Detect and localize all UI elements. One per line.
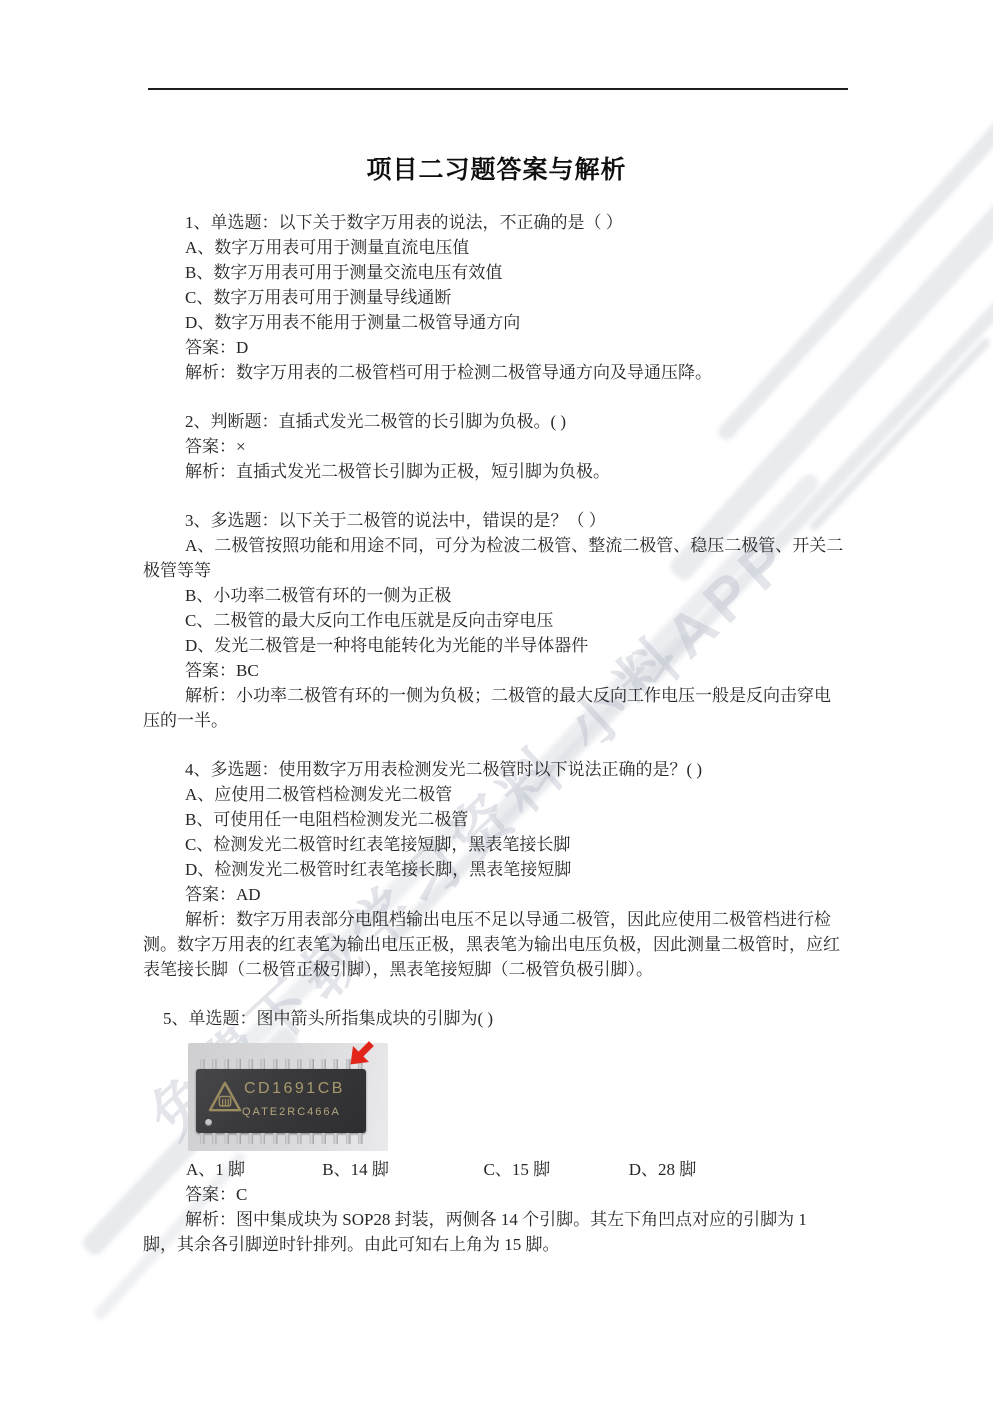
answer-label: 答案： [185,338,236,357]
document-content: 1、单选题：以下关于数字万用表的说法，不正确的是（ ） A、数字万用表可用于测量… [143,210,845,1281]
question-block-4: 4、多选题：使用数字万用表检测发光二极管时以下说法正确的是？( ) A、应使用二… [143,757,845,982]
chip-marking-model: CD1691CB [244,1076,345,1101]
answer-value: C [236,1185,247,1204]
analysis-line: 解析：数字万用表的二极管档可用于检测二极管导通方向及导通压降。 [143,360,845,385]
option-b: B、小功率二极管有环的一侧为正极 [143,583,845,608]
analysis-line: 解析：数字万用表部分电阻档输出电压不足以导通二极管，因此应使用二极管档进行检测。… [143,907,845,982]
answer-line: 答案：C [143,1182,845,1207]
option-a: A、1 脚 [186,1157,318,1182]
option-a: A、应使用二极管档检测发光二极管 [143,782,845,807]
answer-line: 答案：× [143,434,845,459]
answer-line: 答案：D [143,335,845,360]
analysis-line: 解析：直插式发光二极管长引脚为正极，短引脚为负极。 [143,459,845,484]
question-block-3: 3、多选题：以下关于二极管的说法中，错误的是？（ ） A、二极管按照功能和用途不… [143,508,845,733]
question-stem: 2、判断题：直插式发光二极管的长引脚为负极。( ) [143,409,845,434]
answer-line: 答案：AD [143,882,845,907]
header-rule [148,88,848,90]
option-b: B、可使用任一电阻档检测发光二极管 [143,807,845,832]
answer-label: 答案： [185,1185,236,1204]
option-a: A、二极管按照功能和用途不同，可分为检波二极管、整流二极管、稳压二极管、开关二极… [143,533,845,583]
red-arrow-icon [344,1037,378,1071]
chip-marking-lot: QATE2RC466A [242,1100,341,1125]
option-c: C、二极管的最大反向工作电压就是反向击穿电压 [143,608,845,633]
option-d: D、数字万用表不能用于测量二极管导通方向 [143,310,845,335]
question-stem: 1、单选题：以下关于数字万用表的说法，不正确的是（ ） [143,210,845,235]
answer-label: 答案： [185,661,236,680]
option-c: C、数字万用表可用于测量导线通断 [143,285,845,310]
answer-value: AD [236,885,261,904]
answer-label: 答案： [185,885,236,904]
answer-value: D [236,338,248,357]
pin1-indicator-dot [205,1119,212,1126]
question-block-1: 1、单选题：以下关于数字万用表的说法，不正确的是（ ） A、数字万用表可用于测量… [143,210,845,385]
option-d: D、28 脚 [629,1157,697,1182]
question-block-5: 5、单选题：图中箭头所指集成块的引脚为( ) CD1691CB QATE2RC4… [143,1006,845,1257]
answer-value: × [236,437,246,456]
option-d: D、发光二极管是一种将电能转化为光能的半导体器件 [143,633,845,658]
chip-pins-bottom [200,1133,370,1144]
option-d: D、检测发光二极管时红表笔接长脚，黑表笔接短脚 [143,857,845,882]
question-stem: 3、多选题：以下关于二极管的说法中，错误的是？（ ） [143,508,845,533]
chip-body: CD1691CB QATE2RC466A [196,1069,366,1133]
question-stem: 4、多选题：使用数字万用表检测发光二极管时以下说法正确的是？( ) [143,757,845,782]
document-page: 免费下载学习资料 小料APP 项目二习题答案与解析 1、单选题：以下关于数字万用… [0,0,993,1404]
manufacturer-logo-icon [208,1081,242,1113]
page-title: 项目二习题答案与解析 [0,150,993,186]
ic-chip-photo: CD1691CB QATE2RC466A [188,1043,388,1151]
option-b: B、14 脚 [322,1157,479,1182]
analysis-line: 解析：图中集成块为 SOP28 封装，两侧各 14 个引脚。其左下角凹点对应的引… [143,1207,845,1257]
question-block-2: 2、判断题：直插式发光二极管的长引脚为负极。( ) 答案：× 解析：直插式发光二… [143,409,845,484]
answer-value: BC [236,661,259,680]
answer-line: 答案：BC [143,658,845,683]
option-c: C、检测发光二极管时红表笔接短脚，黑表笔接长脚 [143,832,845,857]
option-c: C、15 脚 [484,1157,625,1182]
options-row: A、1 脚 B、14 脚 C、15 脚 D、28 脚 [143,1157,845,1182]
question-stem: 5、单选题：图中箭头所指集成块的引脚为( ) [143,1006,845,1031]
option-b: B、数字万用表可用于测量交流电压有效值 [143,260,845,285]
analysis-line: 解析：小功率二极管有环的一侧为负极；二极管的最大反向工作电压一般是反向击穿电压的… [143,683,845,733]
option-a: A、数字万用表可用于测量直流电压值 [143,235,845,260]
answer-label: 答案： [185,437,236,456]
